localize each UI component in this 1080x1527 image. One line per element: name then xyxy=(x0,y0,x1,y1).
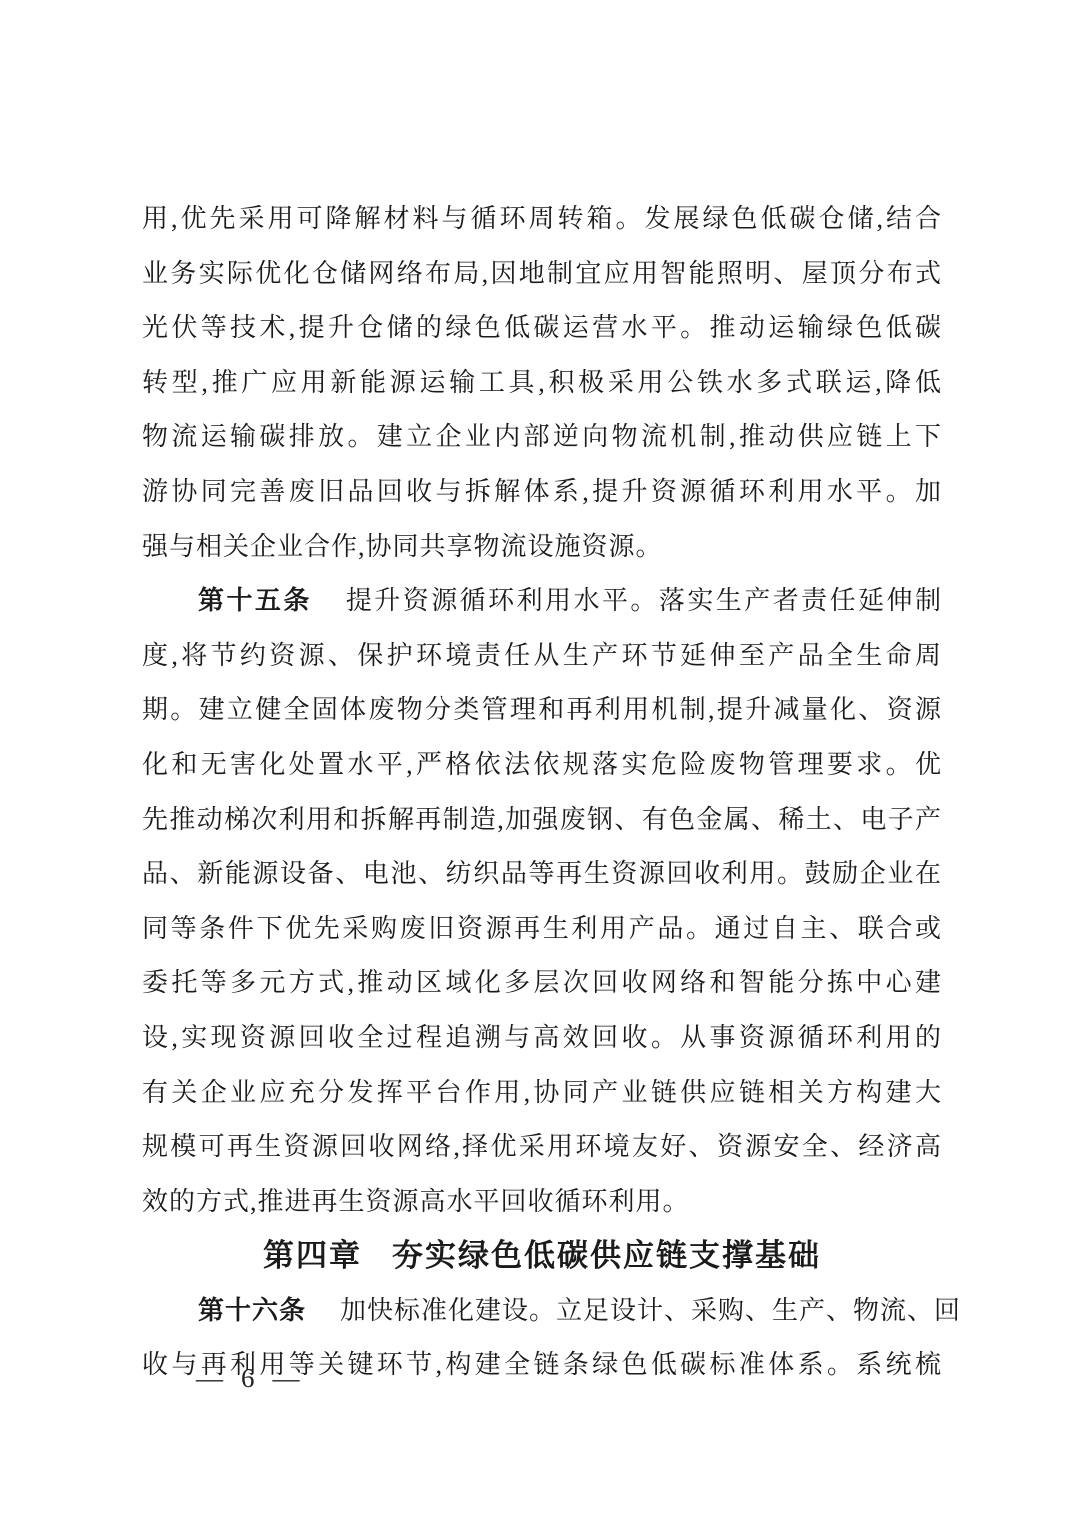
body-line: 化和无害化处置水平,严格依法依规落实危险废物管理要求。优 xyxy=(142,738,942,793)
body-line: 委托等多元方式,推动区域化多层次回收网络和智能分拣中心建 xyxy=(142,956,942,1011)
footer-dash-left: — xyxy=(196,1362,223,1394)
body-line: 游协同完善废旧品回收与拆解体系,提升资源循环利用水平。加 xyxy=(142,465,942,520)
body-line: 度,将节约资源、保护环境责任从生产环节延伸至产品全生命周 xyxy=(142,629,942,684)
article-15-opening-line: 第十五条提升资源循环利用水平。落实生产者责任延伸制 xyxy=(142,574,942,629)
body-line: 效的方式,推进再生资源高水平回收循环利用。 xyxy=(142,1175,942,1230)
footer-page-number: 6 xyxy=(241,1363,255,1393)
chapter-4-title: 夯实绿色低碳供应链支撑基础 xyxy=(392,1238,821,1273)
document-text-block: 用,优先采用可降解材料与循环周转箱。发展绿色低碳仓储,结合 业务实际优化仓储网络… xyxy=(142,192,942,1393)
document-page: 用,优先采用可降解材料与循环周转箱。发展绿色低碳仓储,结合 业务实际优化仓储网络… xyxy=(0,0,1080,1527)
chapter-4-number: 第四章 xyxy=(263,1238,362,1273)
body-line: 光伏等技术,提升仓储的绿色低碳运营水平。推动运输绿色低碳 xyxy=(142,301,942,356)
body-line: 业务实际优化仓储网络布局,因地制宜应用智能照明、屋顶分布式 xyxy=(142,247,942,302)
article-16-number: 第十六条 xyxy=(198,1296,306,1325)
body-line: 有关企业应充分发挥平台作用,协同产业链供应链相关方构建大 xyxy=(142,1066,942,1121)
body-line: 先推动梯次利用和拆解再制造,加强废钢、有色金属、稀土、电子产 xyxy=(142,793,942,848)
body-line: 品、新能源设备、电池、纺织品等再生资源回收利用。鼓励企业在 xyxy=(142,847,942,902)
body-line: 物流运输碳排放。建立企业内部逆向物流机制,推动供应链上下 xyxy=(142,410,942,465)
article-16-title-text: 加快标准化建设。立足设计、采购、生产、物流、回 xyxy=(340,1296,961,1325)
page-footer: —6— xyxy=(178,1362,318,1394)
chapter-4-heading: 第四章夯实绿色低碳供应链支撑基础 xyxy=(142,1229,942,1284)
footer-dash-right: — xyxy=(273,1362,300,1394)
body-line: 强与相关企业合作,协同共享物流设施资源。 xyxy=(142,520,942,575)
body-line: 转型,推广应用新能源运输工具,积极采用公铁水多式联运,降低 xyxy=(142,356,942,411)
article-16-opening-line: 第十六条加快标准化建设。立足设计、采购、生产、物流、回 xyxy=(142,1284,942,1339)
body-line: 规模可再生资源回收网络,择优采用环境友好、资源安全、经济高 xyxy=(142,1120,942,1175)
article-15-number: 第十五条 xyxy=(198,586,312,615)
body-line: 用,优先采用可降解材料与循环周转箱。发展绿色低碳仓储,结合 xyxy=(142,192,942,247)
body-line: 同等条件下优先采购废旧资源再生利用产品。通过自主、联合或 xyxy=(142,902,942,957)
body-line: 期。建立健全固体废物分类管理和再利用机制,提升减量化、资源 xyxy=(142,683,942,738)
body-line: 设,实现资源回收全过程追溯与高效回收。从事资源循环利用的 xyxy=(142,1011,942,1066)
article-15-title-text: 提升资源循环利用水平。落实生产者责任延伸制 xyxy=(346,586,942,615)
